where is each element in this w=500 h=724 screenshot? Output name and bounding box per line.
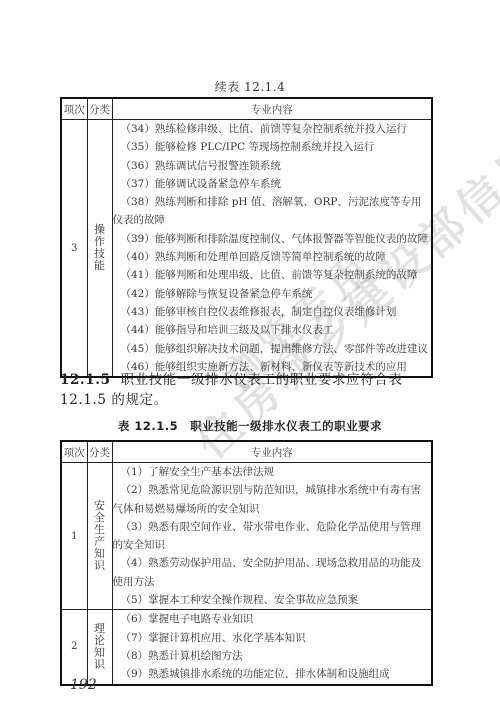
header-category: 分类	[87, 441, 112, 463]
row-category: 操作技能	[87, 120, 112, 378]
row-category: 安全生产知识	[87, 463, 112, 610]
list-item: （42）能够解除与恢复设备紧急停车系统	[113, 285, 432, 303]
list-item: （41）能够判断和处理串级、比值、前馈等复杂控制系统的故障	[113, 266, 432, 284]
row-category: 理论知识	[87, 610, 112, 685]
list-item: （39）能够判断和排除温度控制仪、气体报警器等智能仪表的故障	[113, 230, 432, 248]
list-item: （3）熟悉有限空间作业、带水带电作业、危险化学品使用与管理的安全知识	[113, 518, 432, 555]
list-item: （34）熟练检修串级、比值、前馈等复杂控制系统并投入运行	[113, 120, 432, 138]
list-item: （6）掌握电子电路专业知识	[113, 610, 432, 628]
section-paragraph: 12.1.5职业技能一级排水仪表工的职业要求应符合表 12.1.5 的规定。	[60, 370, 435, 410]
list-item: （43）能够审核自控仪表维修报表，制定自控仪表维修计划	[113, 303, 432, 321]
table-caption-12-1-5: 表 12.1.5 职业技能一级排水仪表工的职业要求	[0, 418, 500, 434]
list-item: （37）能够调试设备紧急停车系统	[113, 175, 432, 193]
list-item: （44）能够指导和培训三级及以下排水仪表工	[113, 321, 432, 339]
list-item: （36）熟练调试信号报警连锁系统	[113, 157, 432, 175]
header-content: 专业内容	[112, 441, 432, 463]
row-content: （34）熟练检修串级、比值、前馈等复杂控制系统并投入运行 （35）能够检修 PL…	[112, 120, 432, 378]
header-index: 项次	[61, 98, 87, 120]
list-item: （4）熟悉劳动保护用品、安全防护用品、现场急救用品的功能及使用方法	[113, 554, 432, 591]
list-item: （7）掌握计算机应用、水化学基本知识	[113, 629, 432, 647]
row-category-text: 理论知识	[94, 623, 106, 671]
header-category: 分类	[87, 98, 112, 120]
list-item: （2）熟悉常见危险源识别与防范知识，城镇排水系统中有毒有害气体和易燃易爆场所的安…	[113, 481, 432, 518]
row-index: 3	[61, 120, 87, 378]
list-item: （9）熟悉城镇排水系统的功能定位、排水体制和设施组成	[113, 665, 432, 683]
row-content: （6）掌握电子电路专业知识 （7）掌握计算机应用、水化学基本知识 （8）熟悉计算…	[112, 610, 432, 685]
table-header-row: 项次 分类 专业内容	[61, 98, 432, 120]
row-category-text: 操作技能	[94, 224, 106, 272]
table-row: 1 安全生产知识 （1）了解安全生产基本法律法规 （2）熟悉常见危险源识别与防范…	[61, 463, 432, 610]
table-12-1-5: 项次 分类 专业内容 1 安全生产知识 （1）了解安全生产基本法律法规 （2）熟…	[60, 440, 433, 686]
table-row: 3 操作技能 （34）熟练检修串级、比值、前馈等复杂控制系统并投入运行 （35）…	[61, 120, 432, 378]
row-index: 2	[61, 610, 87, 685]
header-index: 项次	[61, 441, 87, 463]
row-index: 1	[61, 463, 87, 610]
list-item: （1）了解安全生产基本法律法规	[113, 463, 432, 481]
list-item: （35）能够检修 PLC/IPC 等现场控制系统并投入运行	[113, 138, 432, 156]
page-number: 192	[70, 677, 97, 693]
list-item: （40）熟练判断和处理单回路反馈等简单控制系统的故障	[113, 248, 432, 266]
list-item: （38）熟练判断和排除 pH 值、溶解氧、ORP、污泥浓度等专用仪表的故障	[113, 193, 432, 230]
table-row: 2 理论知识 （6）掌握电子电路专业知识 （7）掌握计算机应用、水化学基本知识 …	[61, 610, 432, 685]
table-header-row: 项次 分类 专业内容	[61, 441, 432, 463]
section-number: 12.1.5	[60, 372, 111, 388]
table-continued-12-1-4: 项次 分类 专业内容 3 操作技能 （34）熟练检修串级、比值、前馈等复杂控制系…	[60, 97, 433, 378]
list-item: （5）掌握本工种安全操作规程、安全事故应急预案	[113, 591, 432, 609]
header-content: 专业内容	[112, 98, 432, 120]
row-content: （1）了解安全生产基本法律法规 （2）熟悉常见危险源识别与防范知识，城镇排水系统…	[112, 463, 432, 610]
table-caption-continued: 续表 12.1.4	[0, 78, 500, 95]
row-category-text: 安全生产知识	[94, 500, 106, 572]
section-text: 职业技能一级排水仪表工的职业要求应符合表 12.1.5 的规定。	[60, 372, 403, 408]
list-item: （45）能够组织解决技术问题，提出维修方法、零部件等改进建议	[113, 340, 432, 358]
list-item: （8）熟悉计算机绘图方法	[113, 647, 432, 665]
